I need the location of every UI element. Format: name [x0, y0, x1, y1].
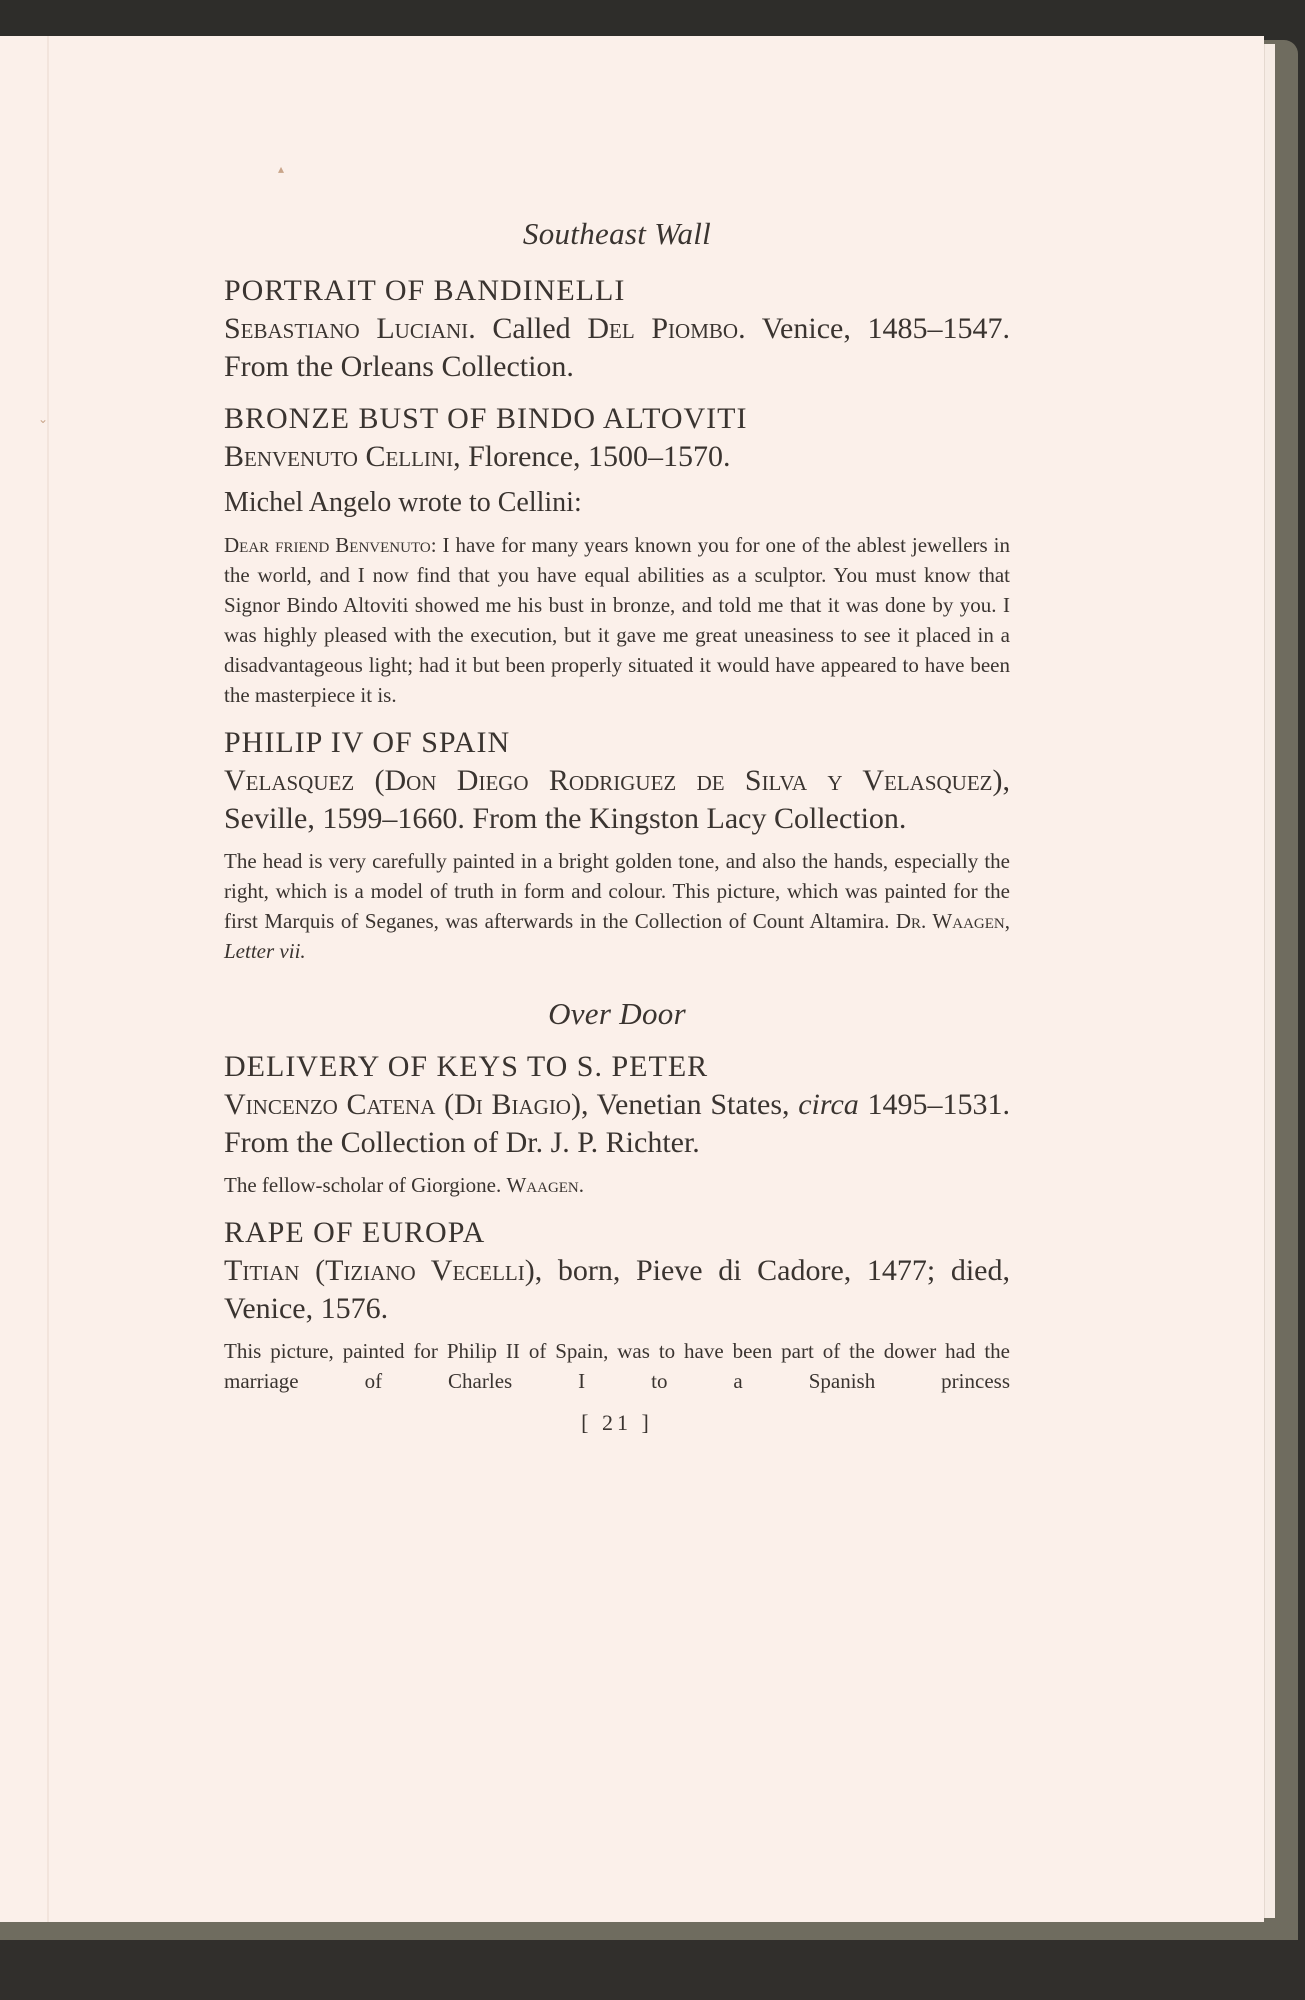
catalog-entry: DELIVERY OF KEYS TO S. PETER Vincenzo Ca…	[224, 1048, 1010, 1200]
entry-title: PHILIP IV OF SPAIN	[224, 724, 1010, 762]
entry-note: The head is very carefully painted in a …	[224, 846, 1010, 966]
entry-title: BRONZE BUST OF BINDO ALTOVITI	[224, 400, 1010, 438]
letter-body: : I have for many years known you for on…	[224, 533, 1010, 707]
artist-name: Sebastiano Luciani	[224, 312, 468, 345]
entry-subheading: Michel Angelo wrote to Cellini:	[224, 484, 1010, 522]
citation-author: Waagen.	[506, 1173, 584, 1197]
section-heading-southeast-wall: Southeast Wall	[224, 216, 1010, 252]
entry-title: PORTRAIT OF BANDINELLI	[224, 272, 1010, 310]
artist-name: Benvenuto Cellini	[224, 440, 453, 473]
artist-name: Velasquez (Don Diego Rodriguez de Silva …	[224, 764, 1003, 797]
margin-mark-icon: ⌄	[38, 412, 48, 427]
gutter-fold	[47, 36, 49, 1922]
attribution-text: , Venetian States,	[581, 1088, 798, 1121]
artist-name: Titian (Tiziano Vecelli)	[224, 1254, 535, 1287]
section-heading-over-door: Over Door	[224, 996, 1010, 1032]
attribution-circa: circa	[798, 1088, 859, 1121]
page-edge	[1264, 44, 1275, 1918]
entry-note: The fellow-scholar of Giorgione. Waagen.	[224, 1170, 1010, 1200]
letter-salutation: Dear friend Benvenuto	[224, 533, 431, 557]
backdrop	[0, 0, 1305, 40]
note-text: The head is very carefully painted in a …	[224, 849, 1010, 933]
backdrop-bottom	[0, 1940, 1305, 2000]
entry-title: RAPE OF EUROPA	[224, 1214, 1010, 1252]
citation-author: Dr. Waagen	[896, 909, 1005, 933]
entry-attribution: Vincenzo Catena (Di Biagio), Venetian St…	[224, 1086, 1010, 1162]
page-content: Southeast Wall PORTRAIT OF BANDINELLI Se…	[224, 216, 1010, 1436]
catalog-entry: RAPE OF EUROPA Titian (Tiziano Vecelli),…	[224, 1214, 1010, 1396]
ink-spot-icon: ▴	[278, 162, 284, 177]
catalog-entry: BRONZE BUST OF BINDO ALTOVITI Benvenuto …	[224, 400, 1010, 710]
entry-attribution: Velasquez (Don Diego Rodriguez de Silva …	[224, 762, 1010, 838]
entry-note: Dear friend Benvenuto: I have for many y…	[224, 530, 1010, 710]
citation-source: Letter vii.	[224, 939, 306, 963]
attribution-text: . Called	[468, 312, 587, 345]
entry-attribution: Benvenuto Cellini, Florence, 1500–1570.	[224, 438, 1010, 476]
artist-alias: Del Piombo	[587, 312, 738, 345]
entry-note: This picture, painted for Philip II of S…	[224, 1336, 1010, 1396]
note-text: The fellow-scholar of Giorgione.	[224, 1173, 506, 1197]
entry-title: DELIVERY OF KEYS TO S. PETER	[224, 1048, 1010, 1086]
entry-attribution: Sebastiano Luciani. Called Del Piombo. V…	[224, 310, 1010, 386]
citation-separator: ,	[1005, 909, 1010, 933]
artist-name: Vincenzo Catena (Di Biagio)	[224, 1088, 581, 1121]
catalog-entry: PHILIP IV OF SPAIN Velasquez (Don Diego …	[224, 724, 1010, 966]
page-number: [ 21 ]	[224, 1410, 1010, 1436]
attribution-text: , Florence, 1500–1570.	[453, 440, 730, 473]
entry-attribution: Titian (Tiziano Vecelli), born, Pieve di…	[224, 1252, 1010, 1328]
catalog-entry: PORTRAIT OF BANDINELLI Sebastiano Lucian…	[224, 272, 1010, 386]
